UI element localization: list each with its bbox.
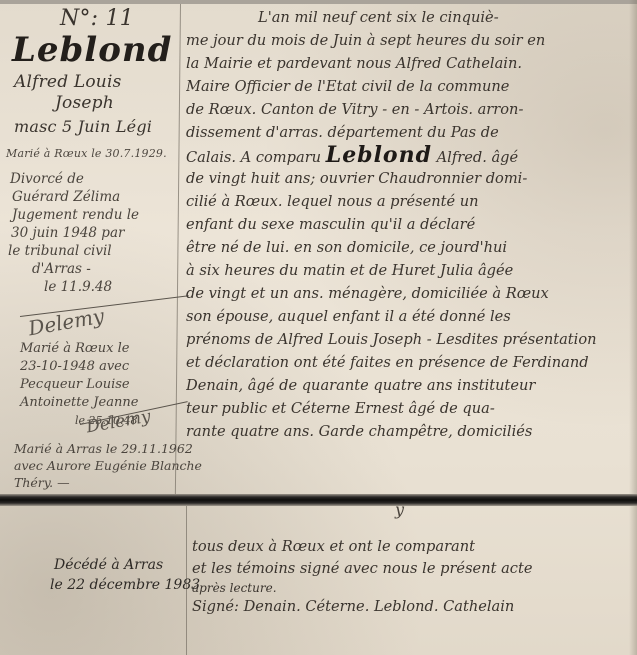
death-annotation: Décédé à Arras le 22 décembre 1983	[50, 555, 200, 595]
register-number: N°: 11	[60, 6, 134, 31]
comparant-name: Leblond	[326, 144, 432, 167]
divorce-line: Guérard Zélima	[8, 188, 139, 206]
body-line: cilié à Rœux. lequel nous a présenté un	[186, 190, 631, 213]
divorce-line: 30 juin 1948 par	[8, 224, 139, 242]
marriage-line: 23-10-1948 avec	[20, 358, 138, 376]
body-line: son épouse, auquel enfant il a été donné…	[186, 305, 631, 328]
fold-scribble: y	[395, 500, 404, 519]
divorce-line: Divorcé de	[8, 170, 139, 188]
death-line: Décédé à Arras	[50, 555, 200, 575]
scan-top-edge	[0, 0, 637, 4]
divorce-line: d'Arras -	[8, 260, 139, 278]
body-line: de vingt et un ans. ménagère, domiciliée…	[186, 282, 631, 305]
body-line: la Mairie et pardevant nous Alfred Cathe…	[186, 52, 631, 75]
body-line: et les témoins signé avec nous le présen…	[192, 558, 632, 580]
certificate-body: L'an mil neuf cent six le cinquiè- me jo…	[186, 6, 631, 443]
page-fold-divider	[0, 494, 637, 506]
body-line-suffix: Alfred. âgé	[437, 149, 519, 166]
body-line: de Rœux. Canton de Vitry - en - Artois. …	[186, 98, 631, 121]
marriage-line: avec Aurore Eugénie Blanche	[14, 457, 202, 474]
official-signature-1: Delemy	[26, 304, 105, 341]
body-line: prénoms de Alfred Louis Joseph - Lesdite…	[186, 328, 631, 351]
divorce-line: Jugement rendu le	[8, 206, 139, 224]
certificate-page: N°: 11 Leblond Alfred Louis Joseph masc …	[0, 0, 637, 655]
body-line: enfant du sexe masculin qu'il a déclaré	[186, 213, 631, 236]
body-line: à six heures du matin et de Huret Julia …	[186, 259, 631, 282]
marriage-line: Marié à Arras le 29.11.1962	[14, 440, 202, 457]
first-marriage-note: Marié à Rœux le 30.7.1929.	[6, 147, 167, 160]
body-line: de vingt huit ans; ouvrier Chaudronnier …	[186, 167, 631, 190]
divorce-line: le tribunal civil	[8, 242, 139, 260]
body-line: me jour du mois de Juin à sept heures du…	[186, 29, 631, 52]
body-line: teur public et Céterne Ernest âgé de qua…	[186, 397, 631, 420]
body-line: L'an mil neuf cent six le cinquiè-	[186, 6, 631, 29]
marriage-line: Antoinette Jeanne	[20, 394, 138, 412]
marriage-line: Théry. —	[14, 474, 202, 491]
body-line: Maire Officier de l'Etat civil de la com…	[186, 75, 631, 98]
body-line: après lecture.	[192, 580, 632, 596]
body-line: Denain, âgé de quarante quatre ans insti…	[186, 374, 631, 397]
body-line-comparant: Calais. A comparu Leblond Alfred. âgé	[186, 144, 631, 167]
body-line: et déclaration ont été faites en présenc…	[186, 351, 631, 374]
margin-given-names-1: Alfred Louis	[14, 72, 122, 92]
body-line: rante quatre ans. Garde champêtre, domic…	[186, 420, 631, 443]
divorce-annotation: Divorcé de Guérard Zélima Jugement rendu…	[8, 170, 139, 296]
margin-surname: Leblond	[12, 30, 172, 70]
marriage-line: Pecqueur Louise	[20, 376, 138, 394]
margin-sex-and-date: masc 5 Juin Légi	[14, 117, 152, 136]
body-line-prefix: Calais. A comparu	[186, 149, 321, 166]
divorce-line: le 11.9.48	[8, 278, 139, 296]
certificate-body-continuation: tous deux à Rœux et ont le comparant et …	[192, 536, 632, 618]
body-line: dissement d'arras. département du Pas de	[186, 121, 631, 144]
marriage-line: Marié à Rœux le	[20, 340, 138, 358]
body-line: être né de lui. en son domicile, ce jour…	[186, 236, 631, 259]
death-line: le 22 décembre 1983	[50, 575, 200, 595]
third-marriage-annotation: Marié à Arras le 29.11.1962 avec Aurore …	[14, 440, 202, 491]
signatures-line: Signé: Denain. Céterne. Leblond. Cathela…	[192, 596, 632, 618]
margin-rule-upper	[175, 4, 181, 494]
margin-given-names-2: Joseph	[55, 93, 114, 113]
body-line: tous deux à Rœux et ont le comparant	[192, 536, 632, 558]
